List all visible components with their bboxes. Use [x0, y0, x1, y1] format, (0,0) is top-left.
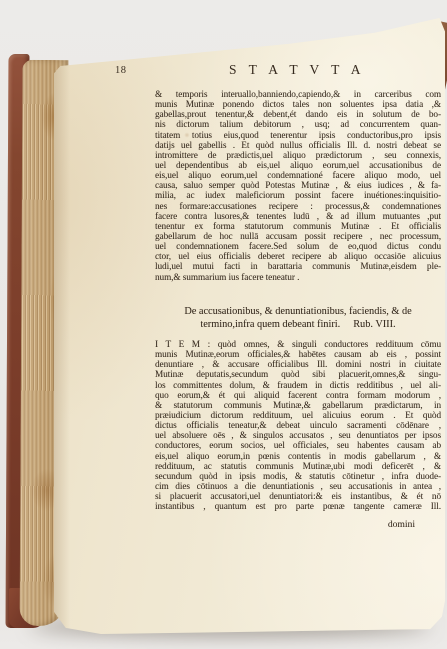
text-line: dictus officialis teneatur,& debeat uinc…: [155, 420, 441, 430]
text-line: si placuerit accusatori,uel denuntiatori…: [155, 491, 441, 501]
text-line: tenentur ex forma statutorum communis Mu…: [155, 221, 441, 231]
text-line: munis Mutinæ ponendo dictos tales non so…: [155, 99, 441, 109]
text-line: titatem totius eius,quod tenerentur ipsi…: [155, 130, 441, 140]
section-heading: De accusationibus, & denuntiationibus, f…: [155, 305, 441, 331]
section-heading-text: termino,infra quem debeant finiri.: [200, 319, 340, 330]
text-line: eis,uel aliquo eorum,uel condemnationé f…: [155, 170, 441, 180]
text-line: denuntiare , & accusare officialibus Ill…: [155, 359, 441, 369]
text-line: causa, saluo semper quòd Potestas Mutinæ…: [155, 180, 441, 190]
paragraph-1: & temporis interuallo,banniendo,capiendo…: [155, 89, 441, 282]
gutter-shading: [54, 18, 70, 634]
text-line: & temporis interuallo,banniendo,capiendo…: [155, 89, 441, 99]
text-line: uel dependentibus ab eis,uel aliquo eoru…: [155, 160, 441, 170]
text-line: cim dies cōtinuos a die denuntiationis ,…: [155, 481, 441, 491]
text-line: uel condemnationem facere.Sed solum de e…: [155, 241, 441, 251]
text-line: munis Mutinæ,eorum officiales,& habētes …: [155, 349, 441, 359]
folio-number: 18: [115, 65, 127, 76]
text-line: Mutinæ deputatis,secundum quòd sibi plac…: [155, 369, 441, 379]
text-line: datijs uel gabellis . Et quòd nullus off…: [155, 140, 441, 150]
text-line: eis,uel aliquo eorum,in pœnis contentis …: [155, 451, 441, 461]
text-line: secundum quòd in ipsis modis, & statutis…: [155, 471, 441, 481]
text-line: gabellarum de hoc nullā accusam possit r…: [155, 231, 441, 241]
text-line: milia, ac iudex maleficiorum possint fac…: [155, 190, 441, 200]
text-line: reddituum, ac statutis communis Mutinæ,u…: [155, 461, 441, 471]
text-line: los committentes dolum, & fraudem in dic…: [155, 380, 441, 390]
text-line: instantibus , quantum est pro parte pœnæ…: [155, 501, 441, 511]
catchword: domini: [155, 519, 441, 530]
rubric-number: Rub. VIII.: [353, 319, 395, 330]
text-line: nes formare:accusationes recipere : proc…: [155, 201, 441, 211]
paragraph-2: I T E M : quòd omnes, & singuli conducto…: [155, 339, 441, 511]
book-page: 18 S T A T V T A & temporis interuallo,b…: [54, 18, 445, 634]
text-line: nis dictorum talium debitorum , usq; ad …: [155, 119, 441, 129]
text-line: & statutorum communis Mutinæ,& gabellaru…: [155, 400, 441, 410]
text-line: quo eorum,& ét qui aliquid facerent cont…: [155, 390, 441, 400]
text-line: intromittere de prædictis,uel aliquo præ…: [155, 150, 441, 160]
text-line: ctor, uel eius officialis deberet recipe…: [155, 251, 441, 261]
text-line: ludi,uel mutui facti in barattaria commu…: [155, 261, 441, 271]
text-line: uel absoluere oēs , & singulos accusatos…: [155, 430, 441, 440]
text-line: conductores, eorum socios, uel officiale…: [155, 440, 441, 450]
section-heading-line-1: De accusationibus, & denuntiationibus, f…: [155, 305, 441, 318]
text-line: num,& summarium ius facere teneatur .: [155, 272, 441, 282]
book-photo-scene: 18 S T A T V T A & temporis interuallo,b…: [0, 0, 447, 649]
text-line: præiudicium dictorum reddituum, uel alic…: [155, 410, 441, 420]
text-line: I T E M : quòd omnes, & singuli conducto…: [155, 339, 441, 349]
text-line: gabellas,prout tenentur,& debent,ét dand…: [155, 109, 441, 119]
section-heading-line-2: termino,infra quem debeant finiri.Rub. V…: [155, 318, 441, 331]
running-title: S T A T V T A: [155, 62, 439, 78]
text-line: facere contra lusores,& tenentes ludū , …: [155, 211, 441, 221]
